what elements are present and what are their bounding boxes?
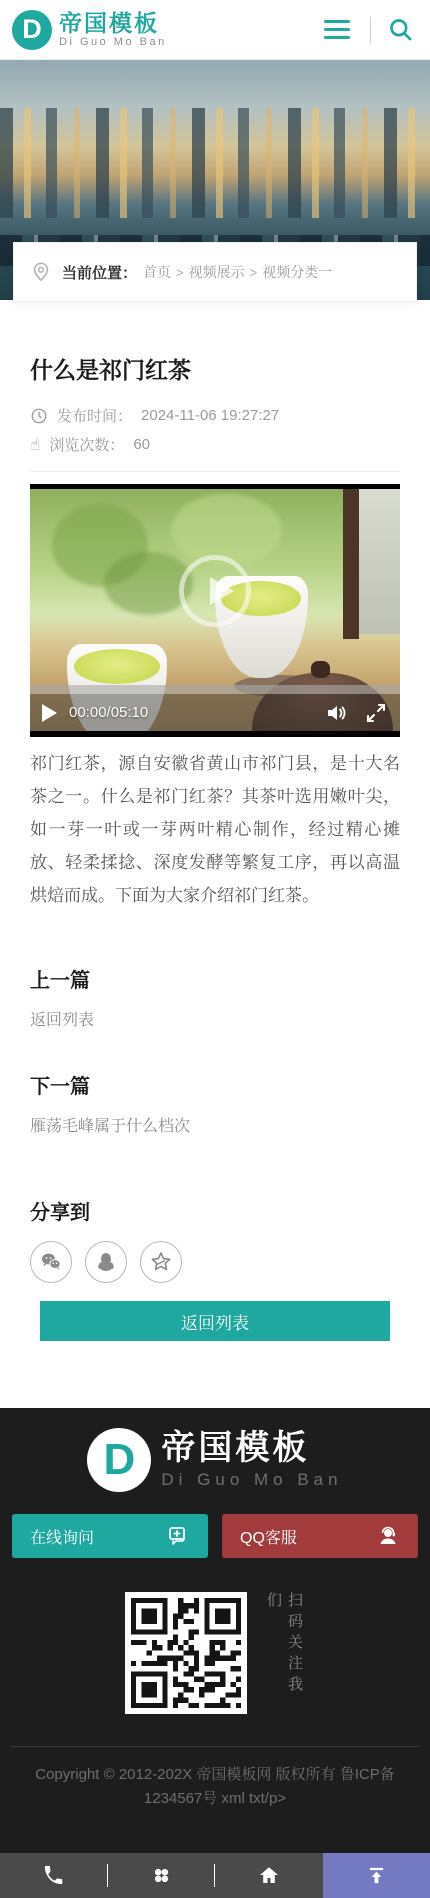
- breadcrumb-separator: >: [176, 265, 184, 280]
- breadcrumb-label: 当前位置：: [62, 262, 137, 283]
- footer-logo-text: 帝国模板 Di Guo Mo Ban: [161, 1430, 342, 1490]
- share-section: 分享到: [0, 1196, 430, 1401]
- clock-icon: [30, 407, 48, 425]
- footer-site-name: 帝国模板: [161, 1430, 342, 1466]
- bottom-nav: [0, 1853, 430, 1898]
- views-count: 60: [133, 436, 150, 453]
- logo-text: 帝国模板 Di Guo Mo Ban: [59, 11, 167, 48]
- breadcrumb-category[interactable]: 视频展示: [189, 262, 245, 282]
- online-inquiry-label: 在线询问: [30, 1525, 94, 1548]
- breadcrumb-separator: >: [250, 265, 258, 280]
- breadcrumb: 当前位置： 首页 > 视频展示 > 视频分类一: [13, 242, 417, 302]
- qq-service-label: QQ客服: [240, 1525, 297, 1548]
- back-to-top-icon[interactable]: [323, 1853, 430, 1898]
- share-icons: [30, 1241, 400, 1283]
- tea-surface: [74, 649, 160, 684]
- location-pin-icon: [30, 261, 52, 283]
- video-controls: 00:00/05:10: [30, 685, 400, 731]
- prev-next-section: 上一篇 返回列表 下一篇 雁荡毛峰属于什么档次: [0, 964, 430, 1136]
- breadcrumb-wrap: 当前位置： 首页 > 视频展示 > 视频分类一: [13, 242, 417, 302]
- article-body: 祁门红茶，源自安徽省黄山市祁门县，是十大名茶之一。什么是祁门红茶？其茶叶选用嫩叶…: [30, 747, 400, 912]
- prev-link[interactable]: 返回列表: [30, 1007, 400, 1030]
- views-label: 浏览次数：: [49, 434, 124, 455]
- meta-divider: [30, 471, 400, 472]
- page: D 帝国模板 Di Guo Mo Ban: [0, 0, 430, 1898]
- video-player[interactable]: 00:00/05:10: [30, 484, 400, 737]
- footer-logo-icon: D: [87, 1428, 151, 1492]
- window-screen: [359, 489, 400, 634]
- article-title: 什么是祁门红茶: [30, 352, 400, 385]
- footer-divider: [10, 1746, 420, 1747]
- next-link[interactable]: 雁荡毛峰属于什么档次: [30, 1113, 400, 1136]
- chat-plus-icon: [166, 1524, 190, 1548]
- site-logo[interactable]: D 帝国模板 Di Guo Mo Ban: [12, 10, 167, 50]
- video-controls-right: [324, 701, 388, 725]
- qr-code: [125, 1592, 247, 1714]
- publish-time: 2024-11-06 19:27:27: [141, 407, 279, 424]
- article-meta: 发布时间： 2024-11-06 19:27:27 ☝ 浏览次数： 60: [30, 401, 400, 459]
- online-inquiry-button[interactable]: 在线询问: [12, 1514, 208, 1558]
- qr-caption: 扫码关注我们: [263, 1592, 305, 1714]
- site-name: 帝国模板: [59, 11, 167, 36]
- hand-pointer-icon: ☝: [30, 436, 40, 454]
- prev-block: 上一篇 返回列表: [30, 964, 400, 1030]
- footer-buttons: 在线询问 QQ客服: [0, 1514, 430, 1558]
- prev-label: 上一篇: [30, 964, 400, 993]
- footer-site-subtitle: Di Guo Mo Ban: [161, 1470, 342, 1490]
- publish-time-row: 发布时间： 2024-11-06 19:27:27: [30, 401, 400, 430]
- headset-person-icon: [376, 1524, 400, 1548]
- copyright: Copyright © 2012-202X 帝国模板网 版权所有 鲁ICP备12…: [26, 1763, 404, 1811]
- header: D 帝国模板 Di Guo Mo Ban: [0, 0, 430, 60]
- header-actions: [320, 16, 414, 43]
- wechat-icon[interactable]: [30, 1241, 72, 1283]
- logo-letter: D: [22, 14, 42, 45]
- qq-service-button[interactable]: QQ客服: [222, 1514, 418, 1558]
- back-to-list-button[interactable]: 返回列表: [40, 1301, 390, 1341]
- apps-grid-icon[interactable]: [108, 1853, 216, 1898]
- next-block: 下一篇 雁荡毛峰属于什么档次: [30, 1070, 400, 1136]
- footer-logo: D 帝国模板 Di Guo Mo Ban: [0, 1408, 430, 1492]
- breadcrumb-subcategory[interactable]: 视频分类一: [262, 262, 332, 282]
- logo-icon: D: [12, 10, 52, 50]
- footer-logo-letter: D: [103, 1435, 135, 1485]
- qzone-icon[interactable]: [140, 1241, 182, 1283]
- qr-block: 扫码关注我们: [0, 1592, 430, 1714]
- header-divider: [370, 17, 371, 43]
- home-icon[interactable]: [215, 1853, 323, 1898]
- play-circle-overlay-icon[interactable]: [179, 555, 251, 627]
- share-title: 分享到: [30, 1196, 400, 1225]
- publish-label: 发布时间：: [57, 405, 132, 426]
- video-time: 00:00/05:10: [69, 704, 148, 721]
- phone-icon[interactable]: [0, 1853, 108, 1898]
- video-poster[interactable]: 00:00/05:10: [30, 489, 400, 731]
- video-control-row: 00:00/05:10: [30, 694, 400, 731]
- breadcrumb-home[interactable]: 首页: [143, 262, 171, 282]
- search-icon[interactable]: [387, 16, 414, 43]
- next-label: 下一篇: [30, 1070, 400, 1099]
- teapot-knob: [311, 661, 330, 678]
- qq-icon[interactable]: [85, 1241, 127, 1283]
- site-subtitle: Di Guo Mo Ban: [59, 36, 167, 48]
- footer: D 帝国模板 Di Guo Mo Ban 在线询问 QQ客服: [0, 1408, 430, 1898]
- window-frame: [343, 489, 360, 639]
- menu-icon[interactable]: [320, 16, 354, 43]
- video-progress-bar[interactable]: [30, 685, 400, 694]
- play-icon[interactable]: [42, 704, 57, 722]
- article: 什么是祁门红茶 发布时间： 2024-11-06 19:27:27 ☝ 浏览次数…: [0, 352, 430, 912]
- fullscreen-icon[interactable]: [364, 701, 388, 725]
- volume-icon[interactable]: [324, 701, 348, 725]
- views-row: ☝ 浏览次数： 60: [30, 430, 400, 459]
